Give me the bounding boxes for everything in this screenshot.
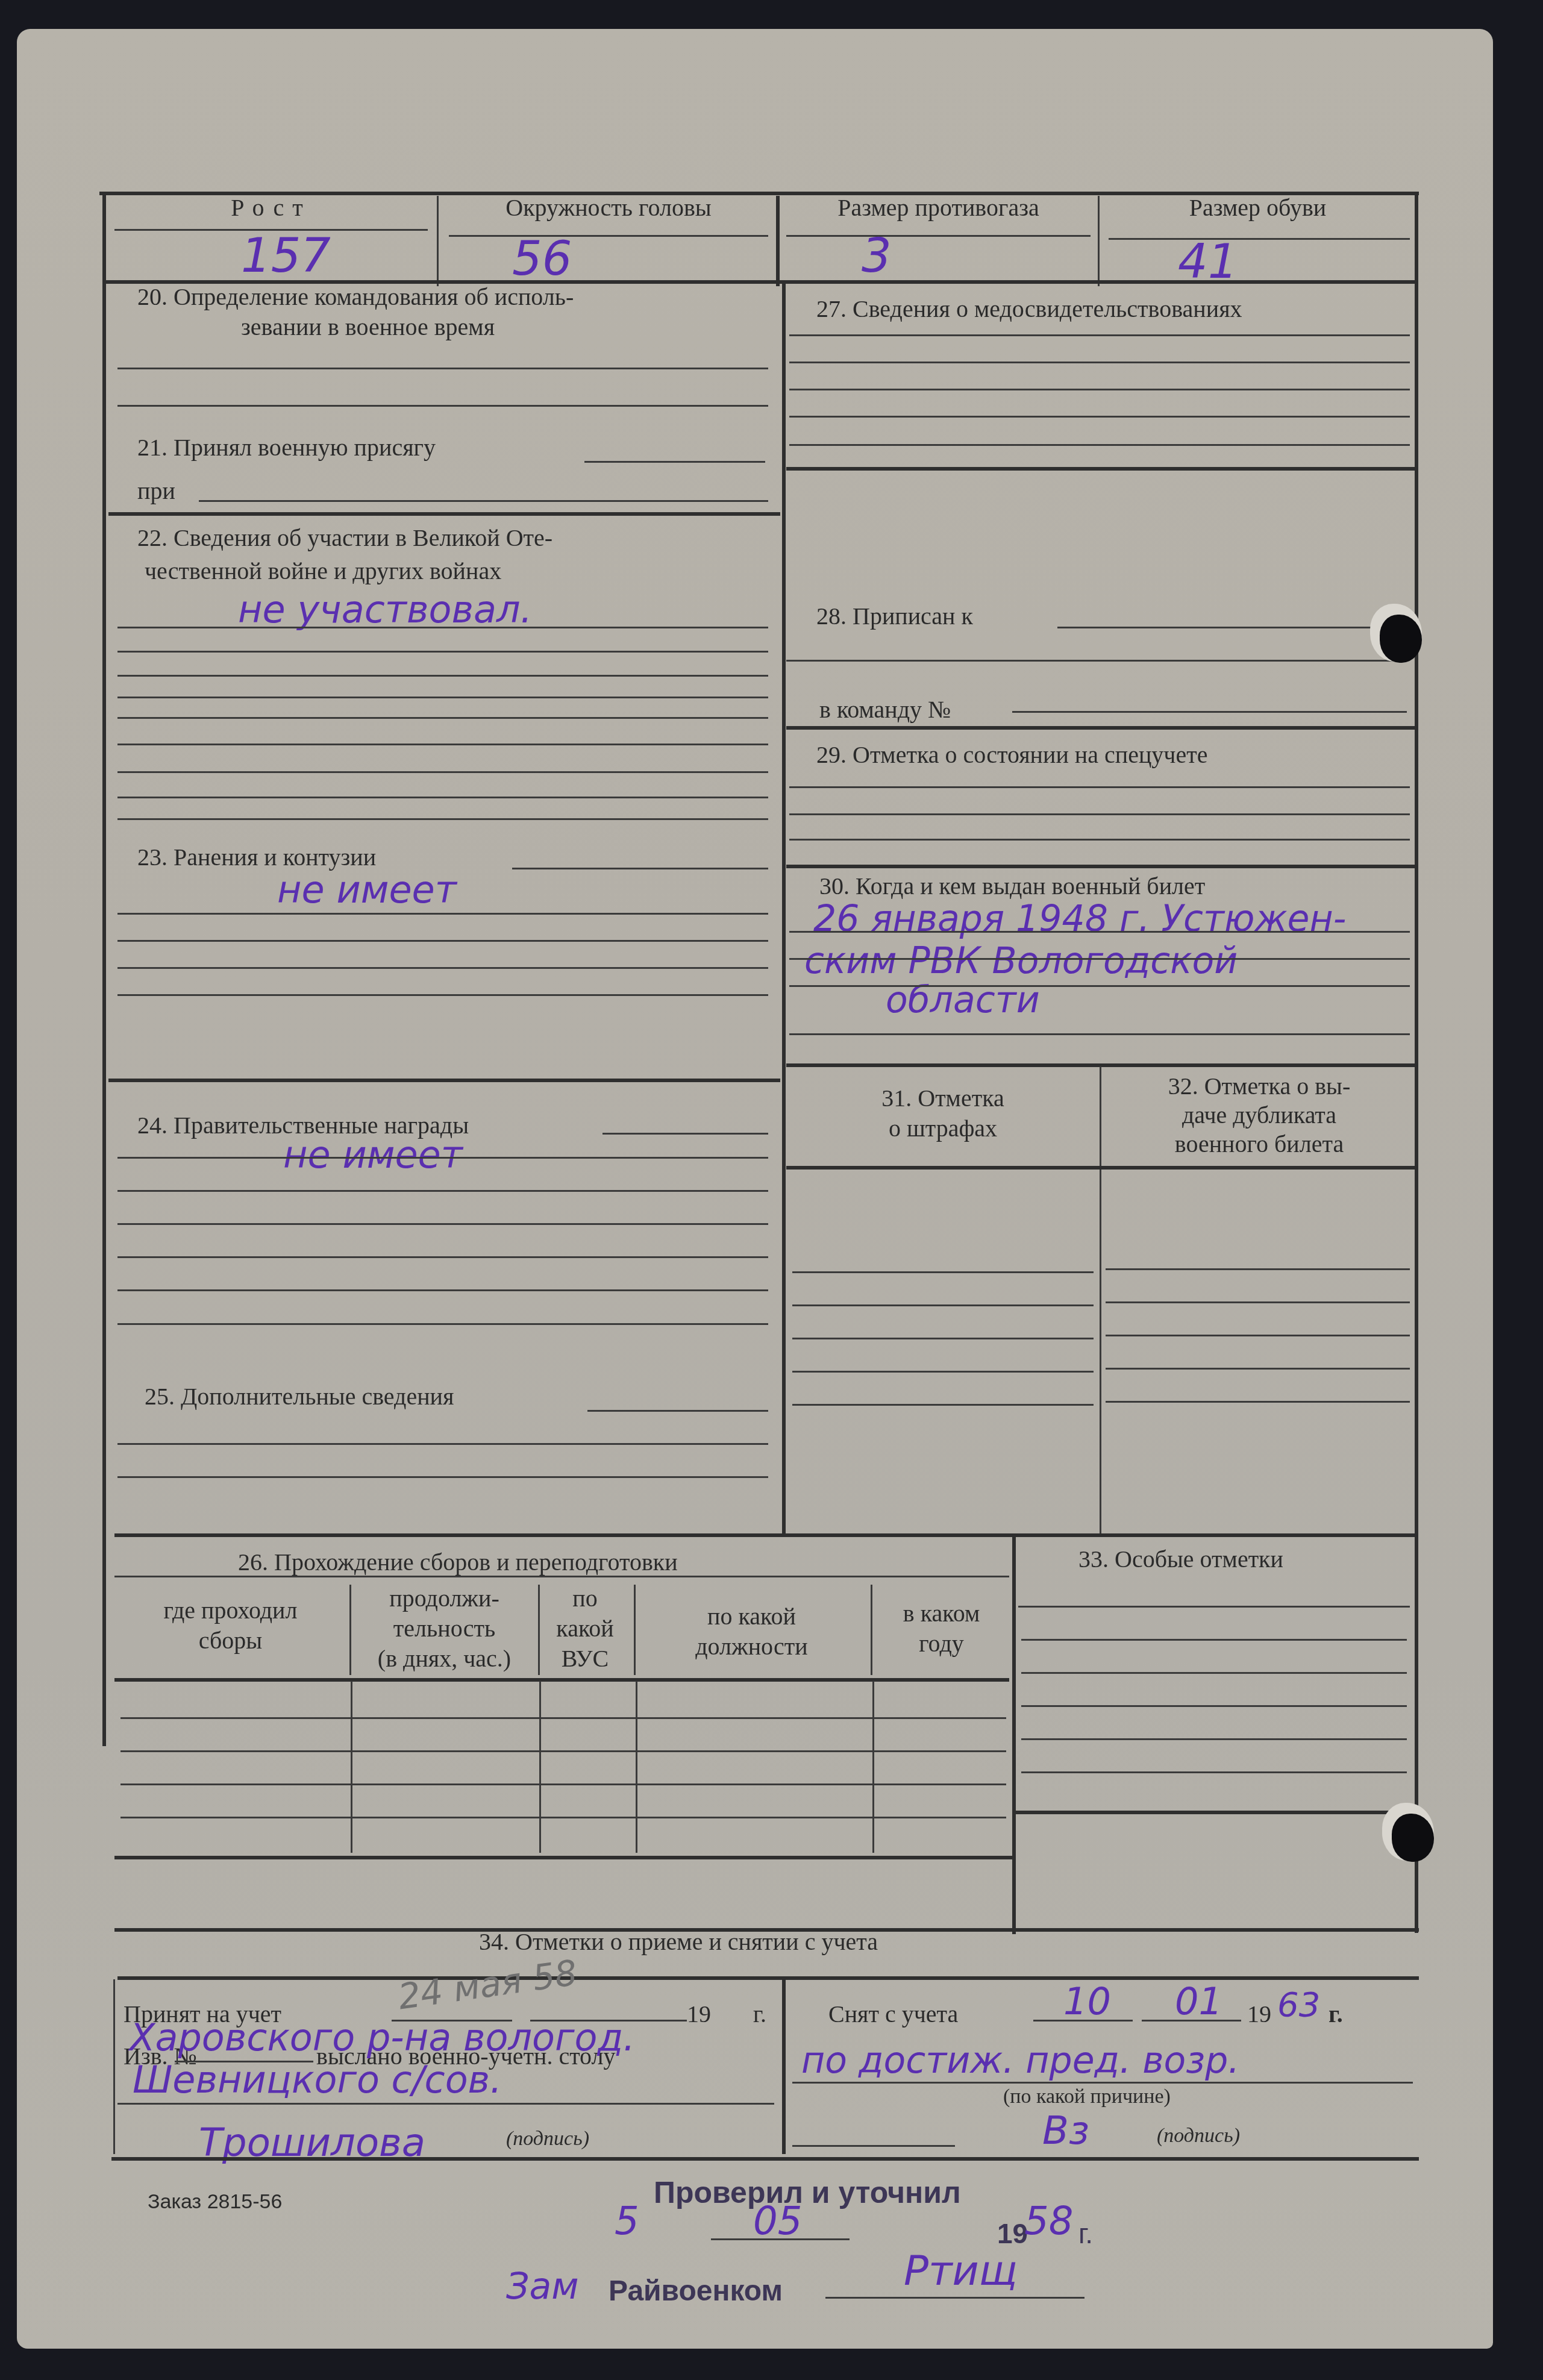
f29-label: 29. Отметка о состоянии на спецучете <box>816 741 1207 769</box>
verification-month: 05 <box>753 2199 802 2244</box>
verification-signer-prefix: Зам <box>506 2266 579 2308</box>
removed-signature-label: (подпись) <box>1157 2124 1240 2147</box>
f22-value: не участвовал. <box>238 587 532 631</box>
center-divider <box>782 282 786 1535</box>
removed-month: 01 <box>1175 1979 1222 2023</box>
f27-line[interactable] <box>789 334 1410 336</box>
f25-line[interactable] <box>117 1443 768 1445</box>
verification-year-suffix: г. <box>1078 2217 1093 2250</box>
f26-col-where: где проходил <box>114 1597 346 1624</box>
f34-title: 34. Отметки о приеме и снятии с учета <box>479 1928 878 1956</box>
f23-line[interactable] <box>117 913 768 915</box>
removed-day: 10 <box>1063 1979 1111 2023</box>
order-number: Заказ 2815-56 <box>148 2190 282 2214</box>
f31-label-2: о штрафах <box>789 1115 1097 1142</box>
f26-col-position-2: должности <box>636 1633 868 1661</box>
f26-col-vus-2: какой <box>540 1615 630 1643</box>
accepted-handwritten-2: Шевницкого с/сов. <box>133 2058 502 2102</box>
divider <box>1100 1066 1101 1533</box>
f26-title: 26. Прохождение сборов и переподготовки <box>238 1549 678 1576</box>
removed-reason-label: (по какой причине) <box>1003 2085 1171 2108</box>
punch-hole <box>1392 1814 1434 1862</box>
f26-col-year: в каком <box>874 1600 1009 1627</box>
accepted-signature-label: (подпись) <box>506 2127 589 2150</box>
gas-mask-size-value: 3 <box>862 229 892 283</box>
punch-hole <box>1380 615 1422 663</box>
f32-line[interactable] <box>1106 1268 1410 1270</box>
f26-col-duration-3: (в днях, час.) <box>352 1645 536 1673</box>
f25-label: 25. Дополнительные сведения <box>145 1383 454 1411</box>
f28-team-line[interactable] <box>1012 711 1407 713</box>
f26-col-duration: продолжи- <box>352 1585 536 1612</box>
f20-label: 20. Определение командования об исполь- <box>137 283 574 311</box>
verification-year: 58 <box>1024 2199 1073 2244</box>
f26-col-where-2: сборы <box>114 1627 346 1655</box>
f26-row[interactable] <box>120 1717 1006 1719</box>
f26-col-vus: по <box>540 1585 630 1612</box>
f30-value-2: ским РВК Вологодской <box>804 940 1238 982</box>
shoe-size-label: Размер обуви <box>1103 194 1413 222</box>
f31-line[interactable] <box>792 1271 1094 1273</box>
f30-value-1: 26 января 1948 г. Устюжен- <box>813 898 1346 940</box>
head-circumference-value: 56 <box>512 232 572 286</box>
f26-col-position: по какой <box>636 1603 868 1630</box>
f29-line[interactable] <box>789 786 1410 788</box>
f26-row[interactable] <box>120 1817 1006 1818</box>
f26-row[interactable] <box>120 1750 1006 1752</box>
removed-reason: по достиж. пред. возр. <box>801 2040 1239 2082</box>
removed-signature: Вз <box>1042 2109 1089 2153</box>
f22-label-2: чественной войне и других войнах <box>145 557 501 585</box>
f32-label: 32. Отметка о вы- <box>1103 1073 1416 1100</box>
f20-line[interactable] <box>117 368 768 369</box>
accepted-handwritten-1: Харовского р-на вологод. <box>130 2015 635 2059</box>
verification-stamp: Проверил и уточнил <box>654 2175 961 2210</box>
f28-line[interactable] <box>1057 627 1407 628</box>
height-label: Рост <box>108 194 434 222</box>
f21-at-label: при <box>137 477 175 505</box>
f32-label-3: военного билета <box>1103 1130 1416 1158</box>
f31-label: 31. Отметка <box>789 1085 1097 1112</box>
f28-team-label: в команду № <box>819 696 951 724</box>
f27-label: 27. Сведения о медосвидетельствованиях <box>816 295 1242 323</box>
left-border <box>102 192 106 1746</box>
gas-mask-size-label: Размер противогаза <box>780 194 1097 222</box>
f21-at-line[interactable] <box>199 500 768 502</box>
head-circumference-label: Окружность головы <box>443 194 774 222</box>
f23-value: не имеет <box>277 868 457 912</box>
f21-oath-line[interactable] <box>584 461 765 463</box>
f26-col-vus-3: ВУС <box>540 1645 630 1673</box>
f22-line[interactable] <box>117 627 768 628</box>
f30-label: 30. Когда и кем выдан военный билет <box>819 872 1205 900</box>
f21-label: 21. Принял военную присягу <box>137 434 436 462</box>
f24-line[interactable] <box>117 1157 768 1159</box>
divider <box>1012 1536 1016 1934</box>
f20-line[interactable] <box>117 405 768 407</box>
f26-col-duration-2: тельность <box>352 1615 536 1643</box>
verification-year-prefix: 19 <box>997 2217 1028 2250</box>
removed-year: 63 <box>1277 1985 1320 2025</box>
accepted-year-suffix: г. <box>753 2000 766 2028</box>
height-value: 157 <box>241 229 331 283</box>
divider <box>776 196 780 286</box>
divider <box>1098 196 1100 286</box>
verification-signer-title: Райвоенком <box>609 2275 783 2308</box>
right-border <box>1415 192 1418 1933</box>
divider <box>782 1979 786 2154</box>
f26-col-year-2: году <box>874 1630 1009 1658</box>
f22-label: 22. Сведения об участии в Великой Оте- <box>137 524 552 552</box>
removed-year-suffix: г. <box>1329 2000 1343 2028</box>
f28-label: 28. Приписан к <box>816 603 973 630</box>
divider <box>437 196 439 286</box>
f33-label: 33. Особые отметки <box>1078 1545 1283 1573</box>
f24-value: не имеет <box>283 1133 463 1177</box>
f33-line[interactable] <box>1018 1606 1410 1608</box>
verification-day: 5 <box>615 2199 639 2244</box>
verification-signature: Ртищ <box>904 2247 1018 2295</box>
accepted-year-prefix: 19 <box>687 2000 711 2028</box>
f32-label-2: даче дубликата <box>1103 1101 1416 1129</box>
removed-year-prefix: 19 <box>1247 2000 1271 2028</box>
f20-label-2: зевании в военное время <box>241 313 495 341</box>
removed-label: Снят с учета <box>828 2000 958 2028</box>
f26-row[interactable] <box>120 1783 1006 1785</box>
